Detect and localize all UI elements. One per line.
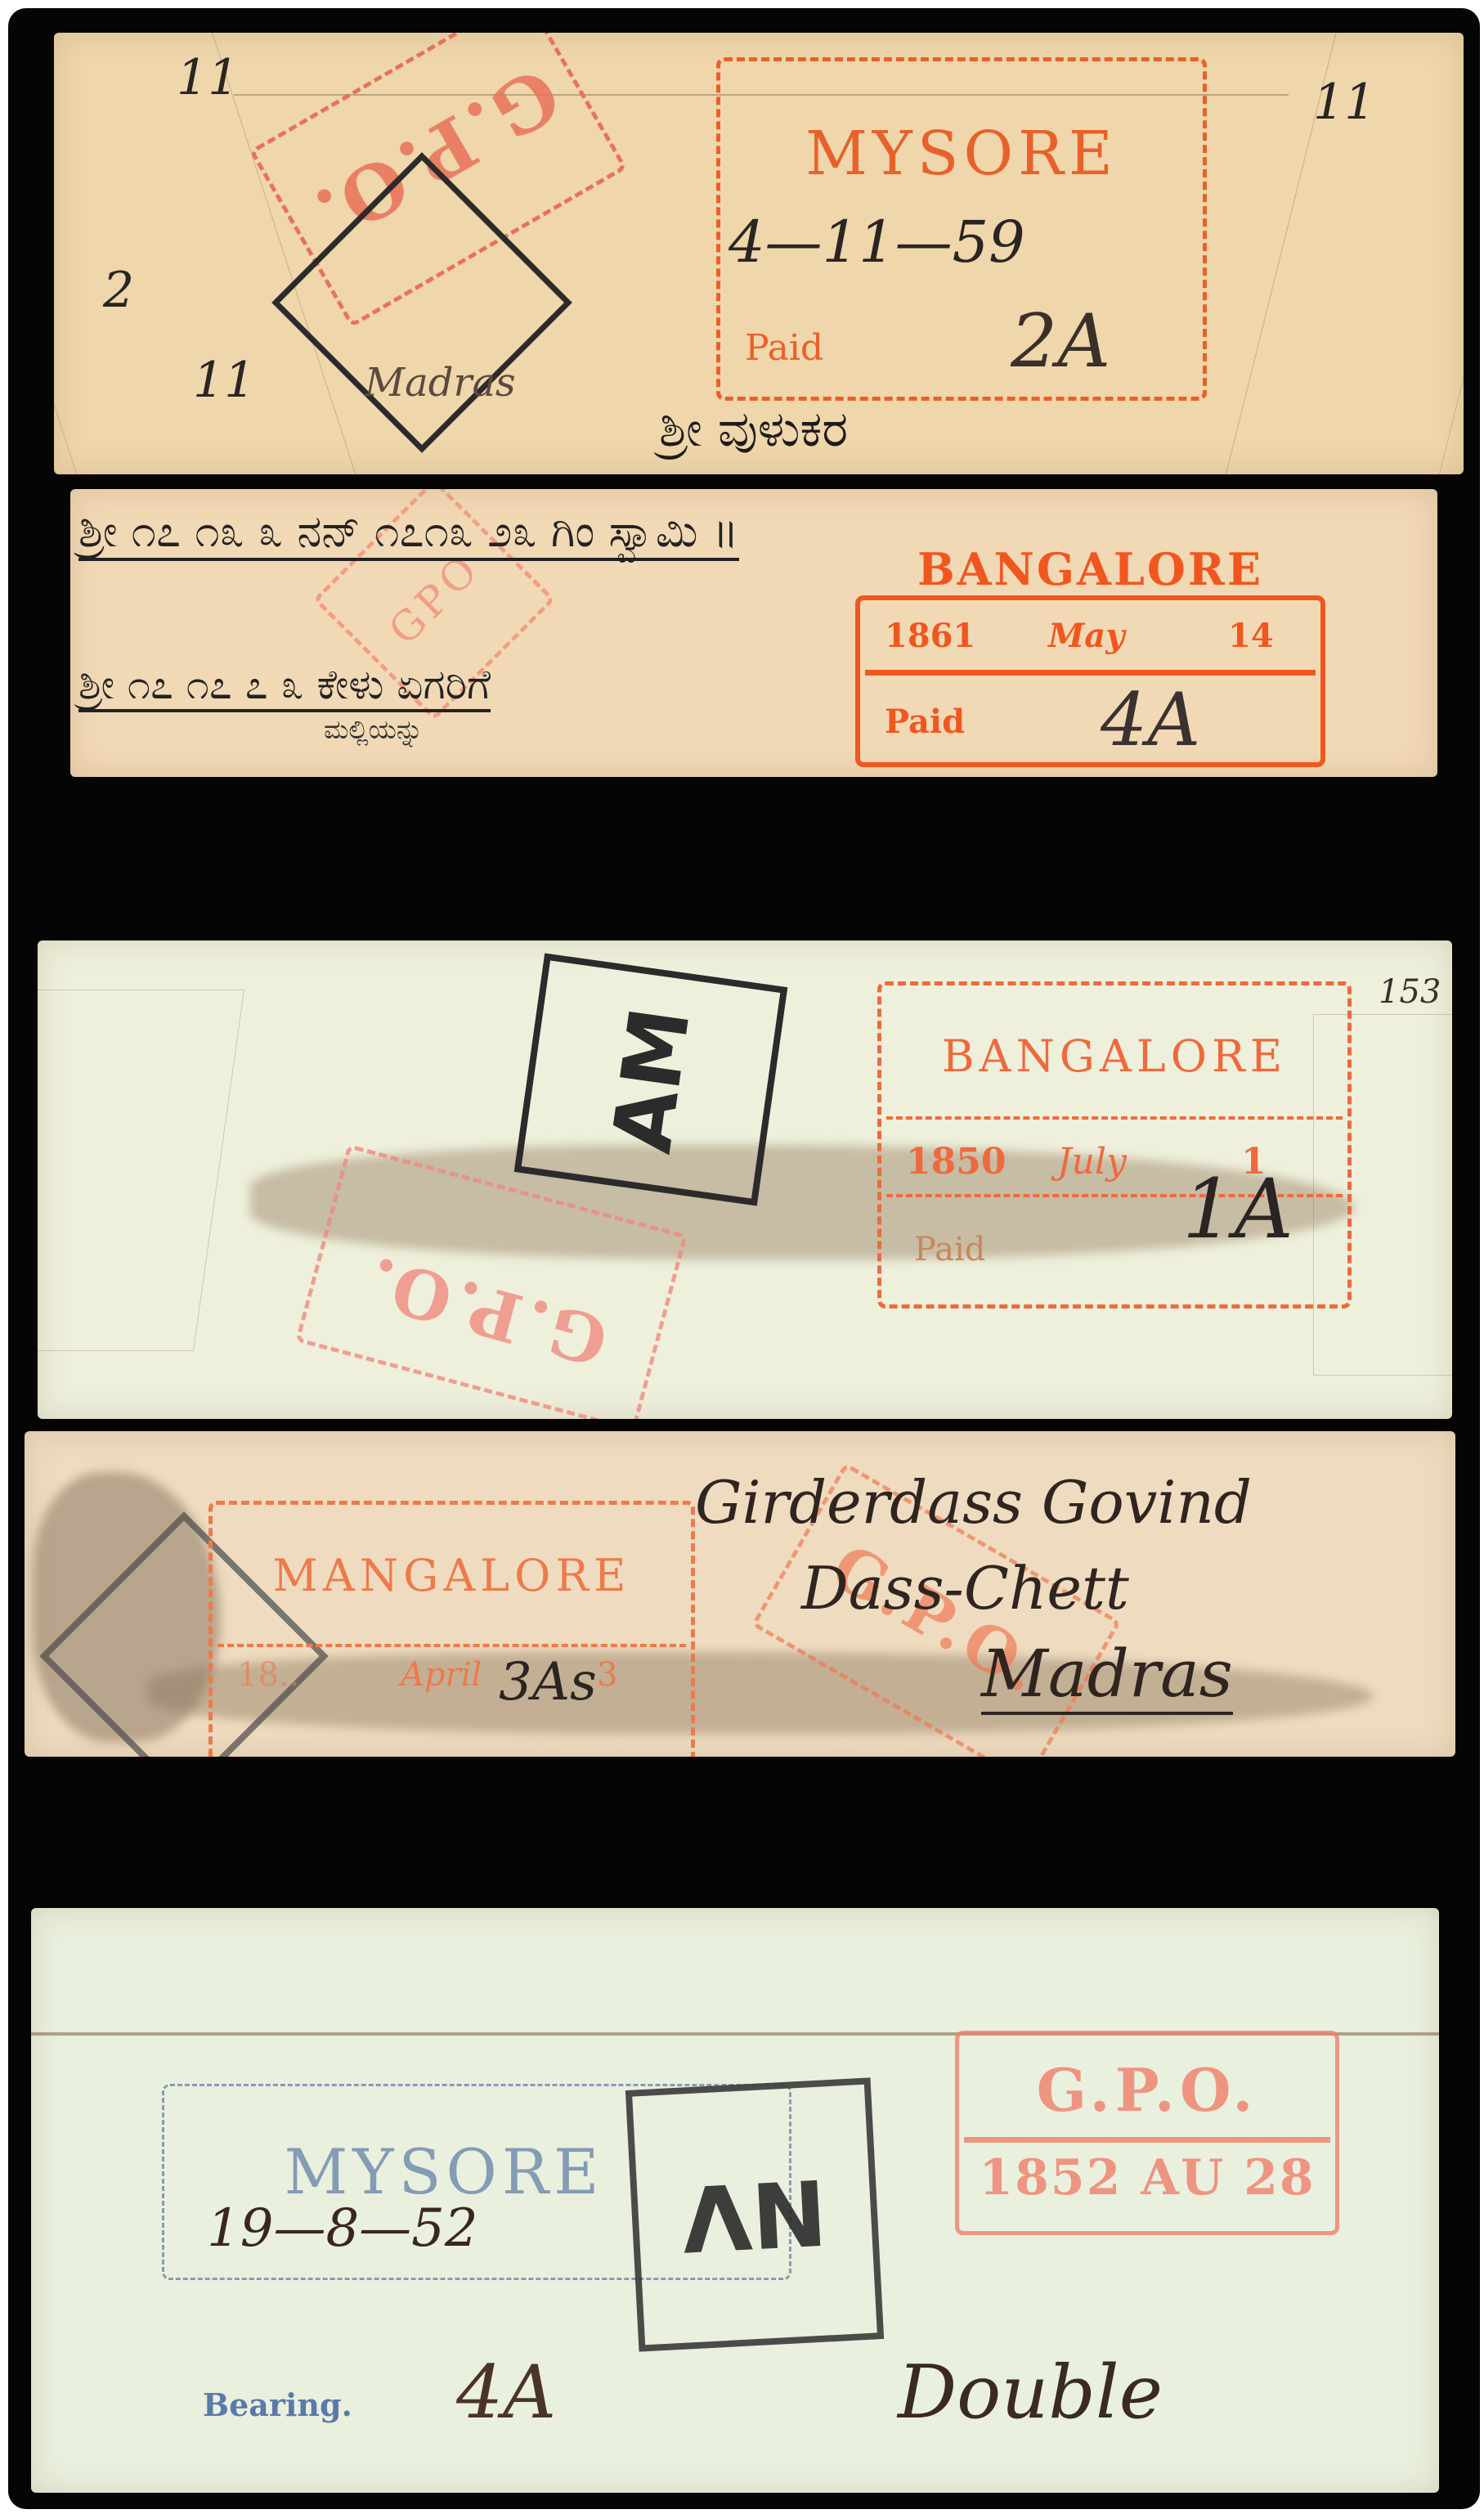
stamp-day: 3: [597, 1656, 617, 1694]
stamp-town: MANGALORE: [213, 1550, 691, 1601]
stamp-year: 18..: [237, 1656, 299, 1694]
manuscript-note: Double: [898, 2350, 1163, 2435]
cover-4-mangalore: MANGALORE 18.. April 3 3As G.P.O. Girder…: [25, 1431, 1455, 1757]
cover-3-bangalore-1850: AM G.P.O. BANGALORE 1850 July 1 Paid 1A …: [38, 941, 1452, 1419]
bangalore-paid-stamp: BANGALORE 1861 May 14 Paid: [855, 595, 1325, 767]
black-box-mark: AM: [514, 953, 788, 1205]
address-line-3: Madras: [981, 1636, 1233, 1715]
black-box-text: NV: [679, 2158, 830, 2270]
gpo-date-stamp: G.P.O. 1852 AU 28: [955, 2031, 1339, 2235]
mangalore-stamp: MANGALORE 18.. April 3: [208, 1501, 695, 1757]
stamp-day: 14: [1228, 617, 1274, 655]
black-box-mark: NV: [625, 2077, 884, 2351]
stamp-divider: [217, 1644, 686, 1647]
stamp-town: BANGALORE: [881, 1030, 1347, 1082]
stamp-town: BANGALORE: [860, 543, 1320, 595]
manuscript-rate: 4A: [1101, 677, 1200, 763]
address-line-1: Girderdass Govind: [695, 1468, 1252, 1537]
stamp-month: May: [1048, 617, 1124, 655]
vernacular-line-3: ಮಲ್ಲಿಯನ್ನು: [324, 714, 423, 746]
bangalore-paid-stamp: BANGALORE 1850 July 1 Paid: [877, 981, 1352, 1309]
stamp-paid-label: Paid: [745, 327, 823, 369]
cover-5-mysore-bearing: MYSORE Bearing. 19—8—52 NV G.P.O. 1852 A…: [31, 1908, 1439, 2493]
manuscript-rate: 2A: [1011, 299, 1110, 384]
gpo-stamp-text: G.P.O.: [959, 2055, 1335, 2125]
cover-1-mysore: G.P.O. MYSORE Paid 4—11—59 2A Madras ಶ್ರ…: [54, 33, 1464, 474]
vernacular-line-1: ಶ್ರೀ ೧೭ ೧೩ ೩ ನನ್ ೧೭೧೩ ೨೩ ಗಿಂ ಸ್ವಾಮಿ ॥: [78, 505, 739, 561]
mark-left: 2: [103, 262, 134, 319]
vernacular-line-2: ಶ್ರೀ ೧೭ ೧೭ ೭ ೩ ಕೇಳು ಏಗರಿಗೆ: [78, 661, 491, 712]
cover-2-bangalore-1861: GPO ಶ್ರೀ ೧೭ ೧೩ ೩ ನನ್ ೧೭೧೩ ೨೩ ಗಿಂ ಸ್ವಾಮಿ …: [70, 489, 1437, 777]
manuscript-rate: 3As: [499, 1652, 597, 1713]
black-box-text: AM: [594, 1001, 708, 1157]
mark-top-left: 11: [177, 49, 239, 106]
manuscript-rate: 4A: [456, 2350, 556, 2435]
envelope-flap-left: [38, 990, 244, 1351]
gpo-stamp-date: 1852 AU 28: [959, 2149, 1335, 2206]
mark-top-right: 11: [1313, 74, 1375, 131]
manuscript-rate: 1A: [1182, 1161, 1293, 1257]
address-line-2: Dass-Chett: [801, 1554, 1129, 1623]
stamp-month: July: [1057, 1141, 1127, 1183]
stamp-divider-1: [886, 1116, 1343, 1120]
stamp-month: April: [401, 1656, 482, 1694]
manuscript-note: 153: [1379, 973, 1441, 1011]
stamp-divider: [865, 670, 1316, 676]
stamp-status-label: Bearing.: [203, 2386, 352, 2423]
manuscript-date: 4—11—59: [729, 209, 1025, 276]
mark-bottom-left: 11: [193, 352, 255, 409]
manuscript-destination: Madras: [365, 360, 516, 406]
stamp-town: MYSORE: [720, 119, 1203, 189]
stamp-year: 1861: [885, 617, 975, 655]
stamp-paid-label: Paid: [885, 703, 965, 741]
stamp-year: 1850: [906, 1141, 1006, 1183]
manuscript-date: 19—8—52: [207, 2198, 478, 2259]
stamp-divider: [964, 2137, 1330, 2143]
stamp-paid-label: Paid: [914, 1231, 985, 1268]
gpo-stamp-text: G.P.O.: [309, 1228, 661, 1392]
vernacular-name: ಶ್ರೀ ವುಳುಕರ: [659, 401, 848, 458]
